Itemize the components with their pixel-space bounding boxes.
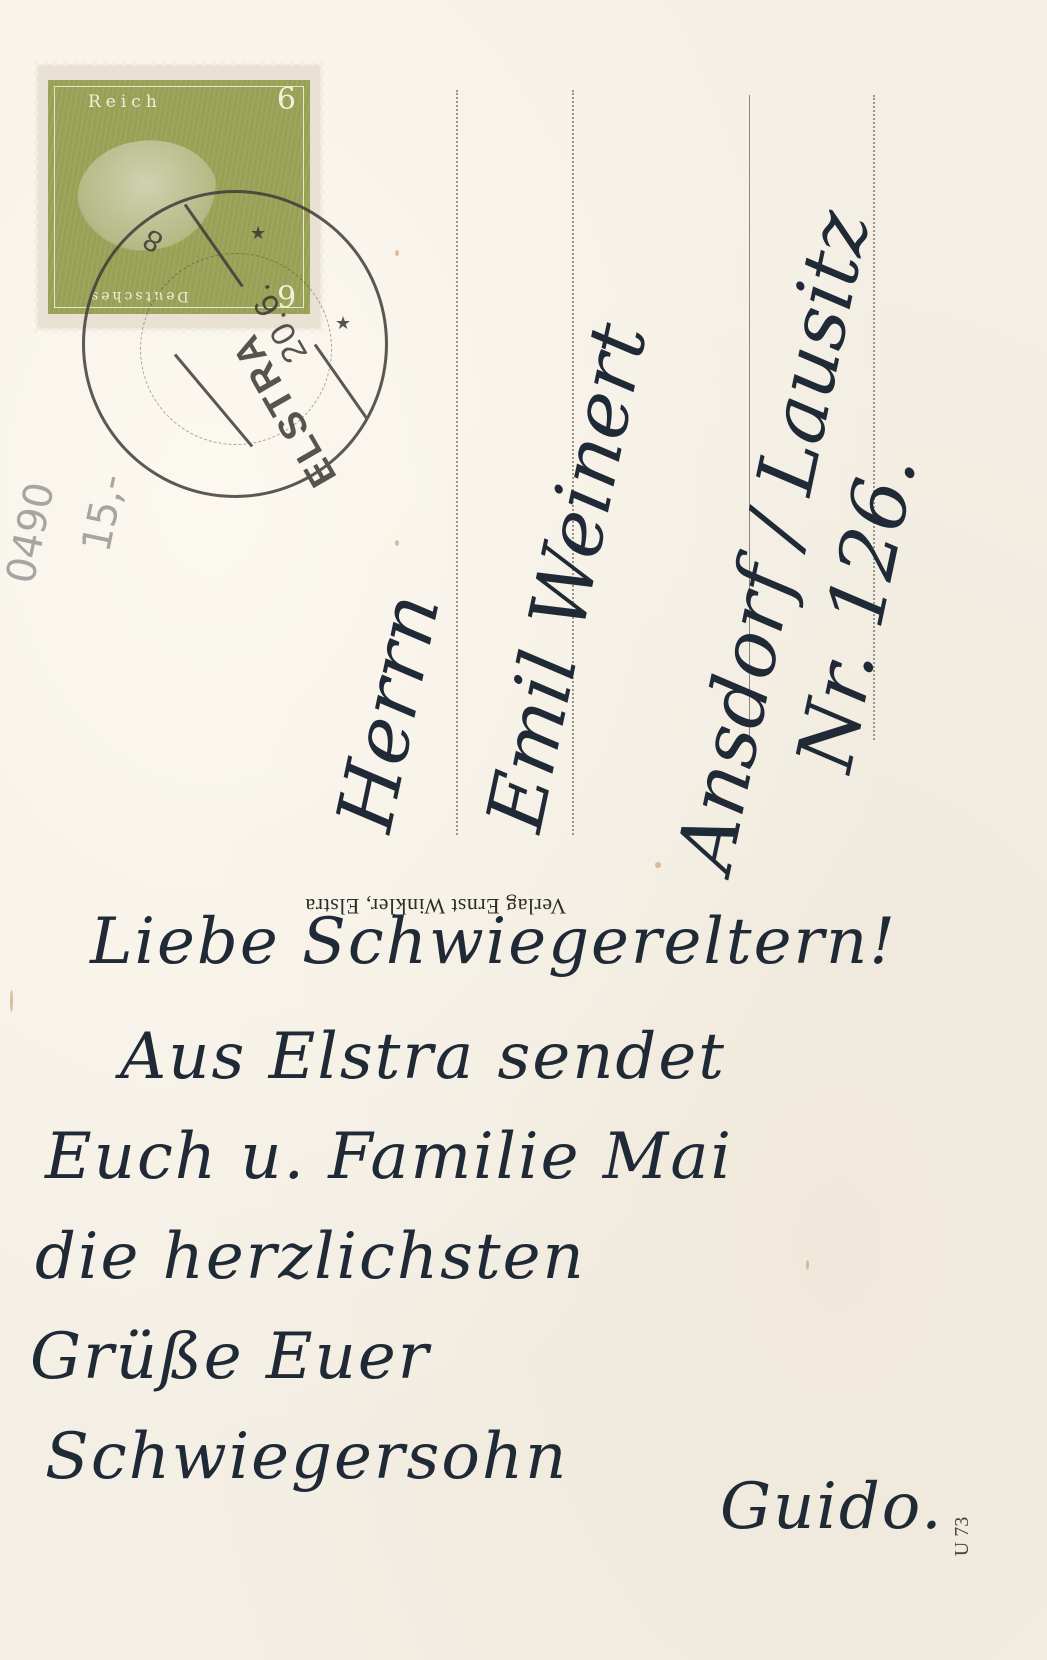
message-signature: Guido. xyxy=(720,1470,944,1544)
stamp-value: 6 xyxy=(277,82,296,117)
address-name: Emil Weinert xyxy=(470,316,665,839)
message-line: Grüße Euer xyxy=(30,1320,430,1394)
paper-stain xyxy=(395,540,399,546)
paper-stain xyxy=(395,250,399,256)
paper-stain xyxy=(655,862,661,868)
paper-stain xyxy=(10,990,13,1012)
message-line: Liebe Schwiegereltern! xyxy=(90,905,897,979)
address-guide-line xyxy=(456,90,458,835)
pencil-note-price-code: 0490 xyxy=(0,478,64,587)
stamp-label-top: Reich xyxy=(88,92,162,112)
message-line: die herzlichsten xyxy=(35,1220,586,1294)
star-icon: ★ xyxy=(335,313,351,334)
message-line: Euch u. Familie Mai xyxy=(45,1120,733,1194)
address-salutation: Herrn xyxy=(320,586,458,838)
card-number: U 73 xyxy=(951,1517,974,1556)
star-icon: ★ xyxy=(250,223,266,244)
paper-stain xyxy=(806,1260,809,1270)
postmark: ELSTRA 20.6. 8 ★ ★ xyxy=(82,190,388,498)
pencil-note-price: 15,- xyxy=(73,470,134,556)
postcard-back: Reich 6 6 Deutsches ELSTRA 20.6. 8 ★ ★ 0… xyxy=(0,0,1047,1660)
message-line: Aus Elstra sendet xyxy=(120,1020,726,1094)
message-line: Schwiegersohn xyxy=(45,1420,568,1494)
postmark-hour: 8 xyxy=(138,221,169,259)
